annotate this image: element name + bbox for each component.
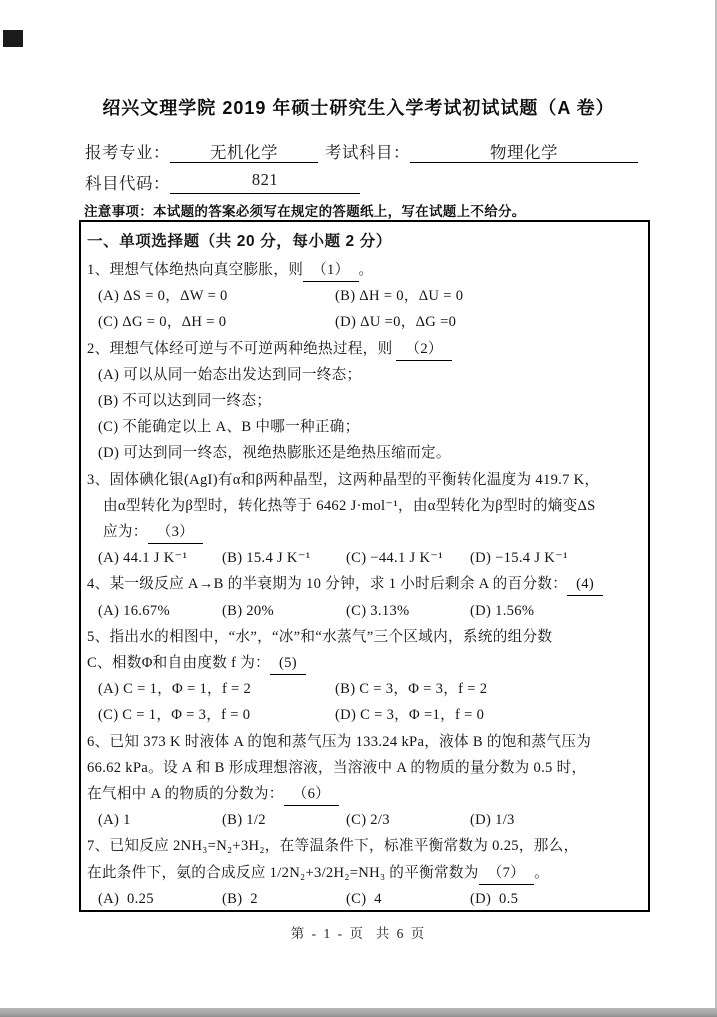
question-stem: 7、已知反应 2NH₃=N₂+3H₂，在等温条件下，标准平衡常数为 0.25，那…: [87, 833, 648, 859]
stem-text: 4、某一级反应 A→B 的半衰期为 10 分钟，求 1 小时后剩余 A 的百分数…: [87, 576, 567, 592]
option: (C) 3.13%: [346, 598, 470, 624]
stem-text: 6、已知 373 K 时液体 A 的饱和蒸气压为 133.24 kPa，液体 B…: [87, 734, 591, 750]
exam-paper-page: 绍兴文理学院 2019 年硕士研究生入学考试初试试题（A 卷） 报考专业：无机化…: [0, 0, 717, 1017]
option: (D) 可达到同一终态，视绝热膨胀还是绝热压缩而定。: [98, 440, 451, 466]
option: (A) 44.1 J K⁻¹: [98, 545, 222, 571]
option: (A) 0.25: [98, 886, 222, 912]
option: (B) 1/2: [222, 807, 346, 833]
option: (C) 不能确定以上 A、B 中哪一种正确；: [98, 414, 360, 440]
code-value: 821: [170, 170, 360, 194]
option-row: (A) 44.1 J K⁻¹(B) 15.4 J K⁻¹(C) −44.1 J …: [87, 545, 648, 571]
answer-blank: （3）: [148, 521, 203, 544]
option-row: (A) ΔS = 0，ΔW = 0(B) ΔH = 0，ΔU = 0: [87, 283, 648, 309]
option: (D) 0.5: [470, 886, 594, 912]
section-heading: 一、单项选择题（共 20 分，每小题 2 分）: [87, 227, 648, 257]
meta-line-code: 科目代码：821: [85, 170, 360, 194]
question-stem: 1、理想气体绝热向真空膨胀，则（1）。: [87, 257, 648, 283]
option: (C) −44.1 J K⁻¹: [346, 545, 470, 571]
option: (A) 1: [98, 807, 222, 833]
major-label: 报考专业：: [85, 143, 170, 162]
option: (B) C = 3，Φ = 3，f = 2: [335, 676, 572, 702]
answer-blank: （7）: [479, 862, 534, 885]
question-stem: C、相数Φ和自由度数 f 为：(5): [87, 650, 648, 676]
answer-blank: (4): [567, 573, 603, 596]
stem-text-after-blank: 。: [359, 262, 374, 278]
stem-text: C、相数Φ和自由度数 f 为：: [87, 655, 270, 671]
question-stem: 在气相中 A 的物质的分数为：（6）: [87, 781, 648, 807]
option-row: (A) 0.25(B) 2(C) 4(D) 0.5: [87, 886, 648, 912]
subject-label: 考试科目：: [325, 143, 410, 162]
option: (B) 不可以达到同一终态；: [98, 388, 271, 414]
question-lines: 1、理想气体绝热向真空膨胀，则（1）。(A) ΔS = 0，ΔW = 0(B) …: [87, 257, 648, 912]
notice-label: 注意事项：: [84, 204, 153, 219]
answer-blank: （2）: [396, 338, 451, 361]
option-row: (C) 不能确定以上 A、B 中哪一种正确；: [87, 414, 648, 440]
stem-text: 由α型转化为β型时，转化热等于 6462 J·mol⁻¹，由α型转化为β型时的熵…: [103, 498, 596, 514]
page-number: 第 - 1 - 页 共 6 页: [0, 922, 717, 942]
meta-line-major-subject: 报考专业：无机化学考试科目：物理化学: [85, 139, 638, 163]
scan-bottom-edge: [0, 1008, 717, 1017]
stem-text: 5、指出水的相图中，“水”，“冰”和“水蒸气”三个区域内，系统的组分数: [87, 629, 552, 645]
question-stem: 4、某一级反应 A→B 的半衰期为 10 分钟，求 1 小时后剩余 A 的百分数…: [87, 571, 648, 597]
option-row: (A) 可以从同一始态出发达到同一终态；: [87, 362, 648, 388]
option: (B) 15.4 J K⁻¹: [222, 545, 346, 571]
option: (C) 4: [346, 886, 470, 912]
question-box: 一、单项选择题（共 20 分，每小题 2 分） 1、理想气体绝热向真空膨胀，则（…: [79, 220, 650, 912]
stem-text: 3、固体碘化银(AgI)有α和β两种晶型，这两种晶型的平衡转化温度为 419.7…: [87, 472, 599, 488]
option-row: (A) 1(B) 1/2(C) 2/3(D) 1/3: [87, 807, 648, 833]
option: (D) 1/3: [470, 807, 594, 833]
option-row: (C) C = 1，Φ = 3，f = 0(D) C = 3，Φ =1，f = …: [87, 702, 648, 728]
option: (B) ΔH = 0，ΔU = 0: [335, 283, 572, 309]
question-stem: 应为：（3）: [87, 519, 648, 545]
question-stem: 3、固体碘化银(AgI)有α和β两种晶型，这两种晶型的平衡转化温度为 419.7…: [87, 467, 648, 493]
major-value: 无机化学: [170, 139, 318, 163]
answer-blank: （1）: [303, 259, 358, 282]
option-row: (C) ΔG = 0，ΔH = 0(D) ΔU =0，ΔG =0: [87, 309, 648, 335]
option: (D) −15.4 J K⁻¹: [470, 545, 594, 571]
option: (B) 2: [222, 886, 346, 912]
question-stem: 在此条件下，氨的合成反应 1/2N₂+3/2H₂=NH₃ 的平衡常数为（7）。: [87, 860, 648, 886]
question-stem: 66.62 kPa。设 A 和 B 形成理想溶液，当溶液中 A 的物质的量分数为…: [87, 755, 648, 781]
answer-blank: （6）: [284, 783, 339, 806]
stem-text: 在气相中 A 的物质的分数为：: [87, 786, 284, 802]
option-row: (B) 不可以达到同一终态；: [87, 388, 648, 414]
option: (C) 2/3: [346, 807, 470, 833]
answer-blank: (5): [270, 652, 306, 675]
scan-artifact-mark: [3, 30, 23, 47]
page-title: 绍兴文理学院 2019 年硕士研究生入学考试初试试题（A 卷）: [0, 94, 717, 120]
stem-text: 1、理想气体绝热向真空膨胀，则: [87, 262, 303, 278]
question-stem: 由α型转化为β型时，转化热等于 6462 J·mol⁻¹，由α型转化为β型时的熵…: [87, 493, 648, 519]
stem-text: 7、已知反应 2NH₃=N₂+3H₂，在等温条件下，标准平衡常数为 0.25，那…: [87, 838, 578, 854]
stem-text-after-blank: 。: [534, 865, 549, 881]
question-stem: 2、理想气体经可逆与不可逆两种绝热过程，则 （2）: [87, 336, 648, 362]
option: (A) 16.67%: [98, 598, 222, 624]
stem-text: 2、理想气体经可逆与不可逆两种绝热过程，则: [87, 341, 396, 357]
option: (C) ΔG = 0，ΔH = 0: [98, 309, 335, 335]
option-row: (A) 16.67%(B) 20%(C) 3.13%(D) 1.56%: [87, 598, 648, 624]
option: (B) 20%: [222, 598, 346, 624]
question-stem: 6、已知 373 K 时液体 A 的饱和蒸气压为 133.24 kPa，液体 B…: [87, 729, 648, 755]
option: (D) C = 3，Φ =1，f = 0: [335, 702, 572, 728]
subject-value: 物理化学: [410, 139, 638, 163]
question-stem: 5、指出水的相图中，“水”，“冰”和“水蒸气”三个区域内，系统的组分数: [87, 624, 648, 650]
notice-text: 本试题的答案必须写在规定的答题纸上，写在试题上不给分。: [153, 204, 526, 219]
option: (A) C = 1，Φ = 1，f = 2: [98, 676, 335, 702]
stem-text: 应为：: [103, 524, 148, 540]
stem-text: 66.62 kPa。设 A 和 B 形成理想溶液，当溶液中 A 的物质的量分数为…: [87, 760, 586, 776]
option: (D) ΔU =0，ΔG =0: [335, 309, 572, 335]
code-label: 科目代码：: [85, 174, 170, 193]
option: (C) C = 1，Φ = 3，f = 0: [98, 702, 335, 728]
option: (D) 1.56%: [470, 598, 594, 624]
notice-line: 注意事项：本试题的答案必须写在规定的答题纸上，写在试题上不给分。: [84, 200, 644, 220]
option-row: (A) C = 1，Φ = 1，f = 2(B) C = 3，Φ = 3，f =…: [87, 676, 648, 702]
option: (A) ΔS = 0，ΔW = 0: [98, 283, 335, 309]
option: (A) 可以从同一始态出发达到同一终态；: [98, 362, 361, 388]
option-row: (D) 可达到同一终态，视绝热膨胀还是绝热压缩而定。: [87, 440, 648, 466]
stem-text: 在此条件下，氨的合成反应 1/2N₂+3/2H₂=NH₃ 的平衡常数为: [87, 865, 479, 881]
